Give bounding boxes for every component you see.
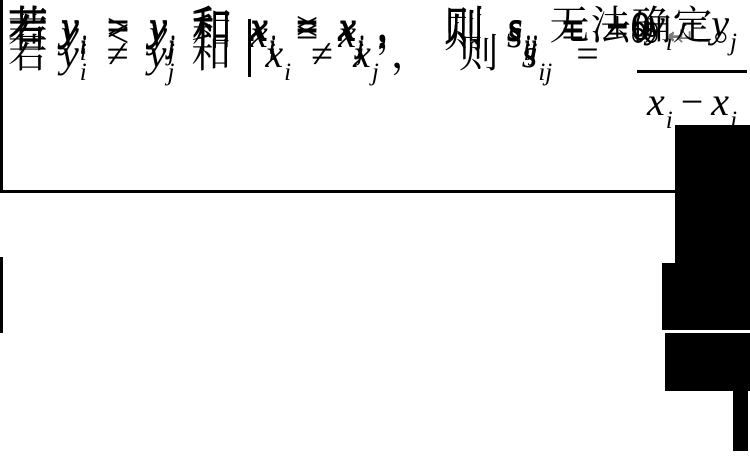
subscript: i	[269, 31, 276, 58]
variable: y	[61, 3, 79, 48]
s-ij-term: sij	[507, 3, 537, 48]
variable: x	[250, 3, 268, 48]
y-j-term: yj	[149, 3, 175, 48]
then-label: 则	[444, 3, 485, 48]
subscript: j	[168, 31, 175, 58]
variable: x	[338, 3, 356, 48]
subscript: ij	[524, 31, 538, 58]
y-relation-operator: =	[107, 3, 130, 48]
redaction-box	[665, 333, 750, 391]
left-border-line	[0, 257, 3, 333]
document-page: 若 yi ≠ yj 和 xi ≠ xj ， 则 sij = yi−yj xi−x…	[0, 0, 750, 461]
variable: s	[507, 3, 523, 48]
x-i-term: xi	[250, 3, 276, 48]
horizontal-rule	[0, 190, 750, 193]
formula-line: 若 yi = yj 和 xi = xj ， 则 sij 无法确定。	[8, 0, 750, 71]
redaction-box	[662, 263, 750, 330]
variable: y	[149, 3, 167, 48]
subscript: i	[80, 31, 87, 58]
y-i-term: yi	[61, 3, 87, 48]
undetermined-label: 无法确定。	[549, 3, 750, 48]
subscript: j	[357, 31, 364, 58]
comma: ，	[376, 3, 416, 48]
x-j-term: xj	[338, 3, 364, 48]
redaction-box	[675, 125, 750, 264]
redaction-box	[733, 391, 748, 451]
x-relation-operator: =	[296, 3, 319, 48]
if-label: 若	[8, 3, 49, 48]
and-label: 和	[192, 3, 233, 48]
left-border-line	[0, 0, 3, 190]
subscript: i	[666, 107, 673, 134]
